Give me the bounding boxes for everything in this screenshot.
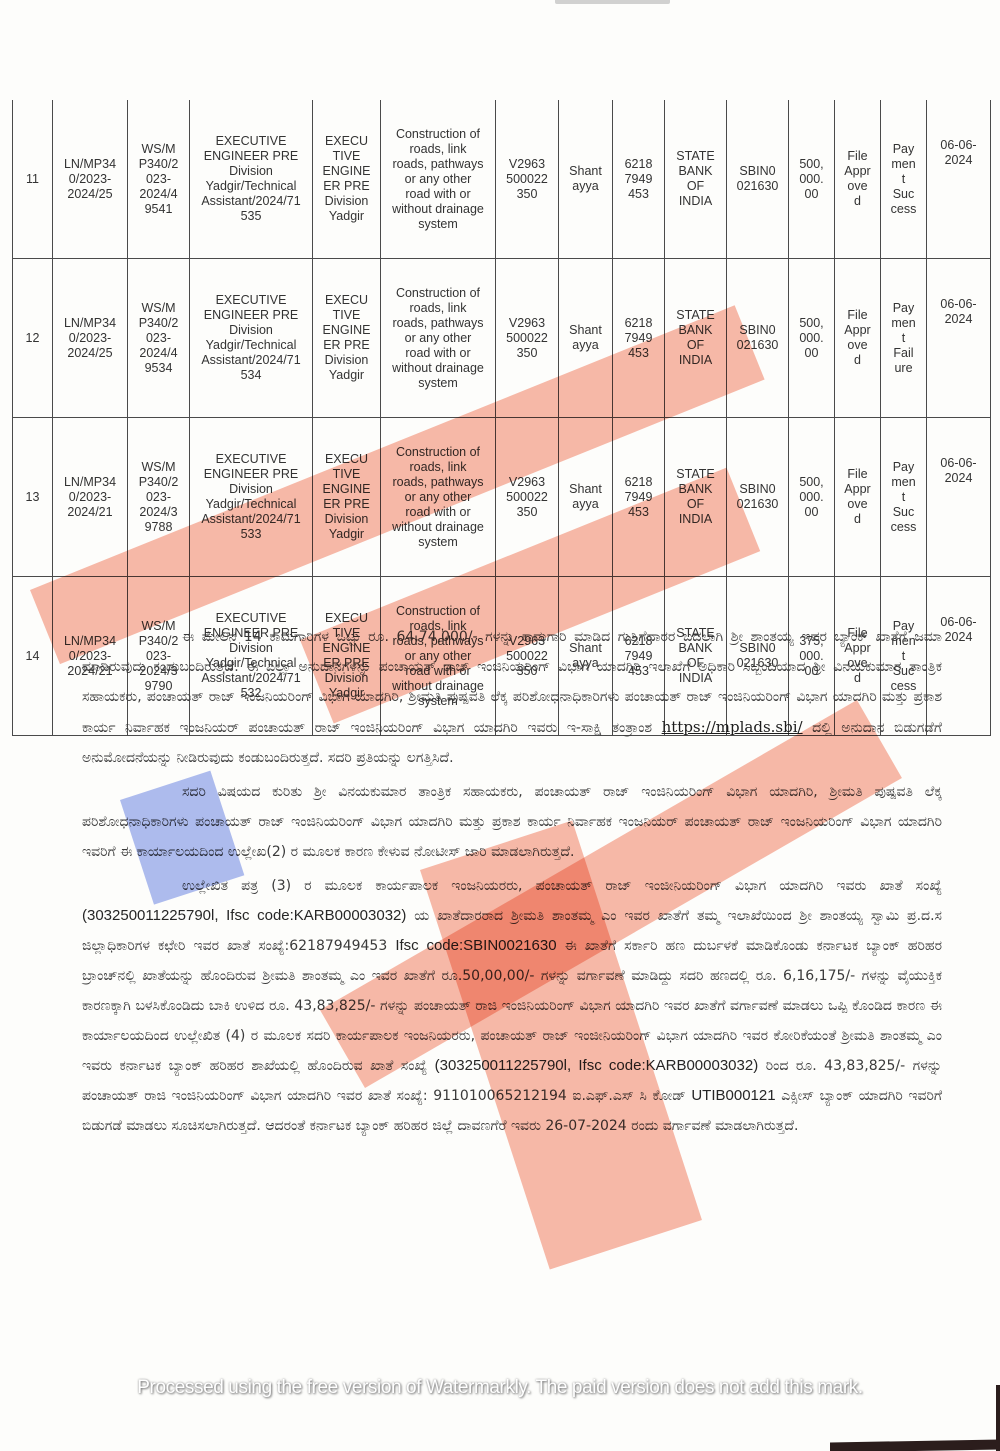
paragraph-notice: ಸದರಿ ವಿಷಯದ ಕುರಿತು ಶ್ರೀ ವಿನಯಕುಮಾರ ತಾಂತ್ರಿ… (82, 777, 942, 867)
account-code: (303250011225790l, Ifsc code:KARB0000303… (82, 907, 406, 924)
cell-file-status: File Appr ove d (835, 418, 881, 577)
cell-ifsc: SBIN0 021630 (727, 418, 789, 577)
paragraph-summary: ಈ ಮೇಲಿನ 14 ಕಾಮಗಾರಿಗಳ ಒಟ್ಟು ರೂ. 64,74,000… (82, 622, 942, 773)
mplads-link[interactable]: https://mplads.sbi/ (662, 718, 803, 736)
cell-file-status: File Appr ove d (835, 100, 881, 259)
table-row: 12LN/MP34 0/2023- 2024/25WS/M P340/2 023… (13, 259, 991, 418)
cell-work-description: Construction of roads, link roads, pathw… (381, 100, 496, 259)
cell-vendor-id: V2963 500022 350 (496, 100, 559, 259)
cell-sl-no: 11 (13, 100, 53, 259)
cell-work-description: Construction of roads, link roads, pathw… (381, 418, 496, 577)
cell-payment-status: Pay men t Suc cess (881, 418, 927, 577)
ifsc-code: Ifsc code:SBIN0021630 (395, 937, 556, 954)
cell-agency-short: EXECU TIVE ENGINE ER PRE Division Yadgir (313, 100, 381, 259)
cell-bank: STATE BANK OF INDIA (665, 418, 727, 577)
cell-payment-status: Pay men t Fail ure (881, 259, 927, 418)
paper-edge (996, 1385, 1000, 1451)
cell-agency-short: EXECU TIVE ENGINE ER PRE Division Yadgir (313, 418, 381, 577)
cell-sanction-no: LN/MP34 0/2023- 2024/25 (53, 100, 128, 259)
cell-amount: 500, 000. 00 (789, 259, 835, 418)
cell-agency-short: EXECU TIVE ENGINE ER PRE Division Yadgir (313, 259, 381, 418)
cell-date: 06-06- 2024 (927, 418, 991, 577)
table-row: 13LN/MP34 0/2023- 2024/21WS/M P340/2 023… (13, 418, 991, 577)
cell-account-no: 6218 7949 453 (613, 418, 665, 577)
cell-vendor-name: Shant ayya (559, 259, 613, 418)
cell-account-no: 6218 7949 453 (613, 100, 665, 259)
cell-work-description: Construction of roads, link roads, pathw… (381, 259, 496, 418)
cell-file-status: File Appr ove d (835, 259, 881, 418)
cell-date: 06-06- 2024 (927, 259, 991, 418)
cell-ifsc: SBIN0 021630 (727, 100, 789, 259)
cell-vendor-id: V2963 500022 350 (496, 418, 559, 577)
cell-vendor-name: Shant ayya (559, 418, 613, 577)
paragraph-text: ಉಲ್ಲೇಖಿತ ಪತ್ರ (3) ರ ಮೂಲಕ ಕಾರ್ಯಪಾಲಕ ಇಂಜನಿ… (182, 878, 942, 894)
ifsc-code: UTIB000121 (691, 1087, 775, 1104)
cell-sl-no: 12 (13, 259, 53, 418)
cell-amount: 500, 000. 00 (789, 418, 835, 577)
cell-work-id: WS/M P340/2 023- 2024/4 9541 (128, 100, 190, 259)
cell-implementing-agency: EXECUTIVE ENGINEER PRE Division Yadgir/T… (190, 259, 313, 418)
cell-implementing-agency: EXECUTIVE ENGINEER PRE Division Yadgir/T… (190, 100, 313, 259)
cell-work-id: WS/M P340/2 023- 2024/3 9788 (128, 418, 190, 577)
cell-amount: 500, 000. 00 (789, 100, 835, 259)
paper-scrap (555, 0, 670, 4)
letter-body: ಈ ಮೇಲಿನ 14 ಕಾಮಗಾರಿಗಳ ಒಟ್ಟು ರೂ. 64,74,000… (82, 622, 942, 1141)
table-row: 11LN/MP34 0/2023- 2024/25WS/M P340/2 023… (13, 100, 991, 259)
cell-sanction-no: LN/MP34 0/2023- 2024/21 (53, 418, 128, 577)
paragraph-text: ಈ ಖಾತೆಗೆ ಸರ್ಕಾರಿ ಹಣ ದುರ್ಬಳಕೆ ಮಾಡಿಕೊಂಡು ಕ… (82, 938, 942, 1074)
cell-sl-no: 14 (13, 577, 53, 736)
cell-account-no: 6218 7949 453 (613, 259, 665, 418)
cell-vendor-id: V2963 500022 350 (496, 259, 559, 418)
paragraph-transfer: ಉಲ್ಲೇಖಿತ ಪತ್ರ (3) ರ ಮೂಲಕ ಕಾರ್ಯಪಾಲಕ ಇಂಜನಿ… (82, 871, 942, 1141)
cell-payment-status: Pay men t Suc cess (881, 100, 927, 259)
cell-sanction-no: LN/MP34 0/2023- 2024/25 (53, 259, 128, 418)
cell-vendor-name: Shant ayya (559, 100, 613, 259)
cell-ifsc: SBIN0 021630 (727, 259, 789, 418)
cell-date: 06-06- 2024 (927, 100, 991, 259)
cell-sl-no: 13 (13, 418, 53, 577)
cell-bank: STATE BANK OF INDIA (665, 100, 727, 259)
account-code: (303250011225790l, Ifsc code:KARB0000303… (435, 1057, 759, 1074)
paper-edge (830, 1440, 1000, 1451)
cell-bank: STATE BANK OF INDIA (665, 259, 727, 418)
cell-work-id: WS/M P340/2 023- 2024/4 9534 (128, 259, 190, 418)
cell-implementing-agency: EXECUTIVE ENGINEER PRE Division Yadgir/T… (190, 418, 313, 577)
watermark-footer-text: Processed using the free version of Wate… (0, 1377, 1000, 1399)
